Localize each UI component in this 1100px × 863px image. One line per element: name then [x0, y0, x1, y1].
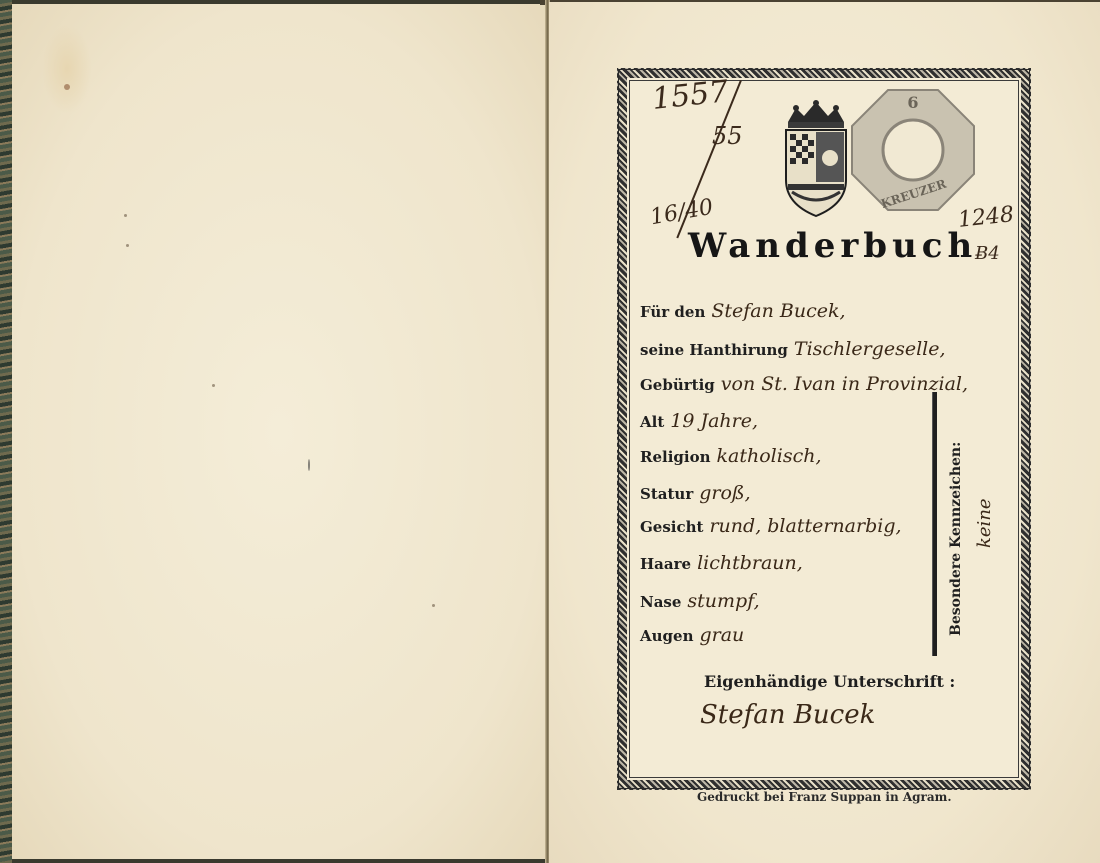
field-value: stumpf, — [687, 590, 759, 612]
signature-label: Eigenhändige Unterschrift : — [704, 672, 955, 691]
tax-stamp-icon: 6 KREUZER — [848, 86, 978, 214]
left-page — [12, 4, 547, 859]
signature-value: Stefan Bucek — [700, 700, 875, 730]
stamp-value: 6 — [907, 93, 918, 112]
field-value: von St. Ivan in Provinzial, — [721, 373, 968, 395]
speck — [64, 84, 70, 90]
field-hair: Haare lichtbraun, — [640, 552, 803, 574]
field-label: Religion — [640, 448, 711, 466]
field-religion: Religion katholisch, — [640, 445, 822, 467]
field-occupation: seine Hanthirung Tischlergeselle, — [640, 338, 946, 360]
speck — [126, 244, 129, 247]
field-label: seine Hanthirung — [640, 341, 788, 359]
field-value: Stefan Bucek, — [711, 300, 845, 322]
field-label: Statur — [640, 485, 693, 503]
stain — [42, 24, 92, 114]
field-label: Gebürtig — [640, 376, 715, 394]
field-label: Haare — [640, 555, 691, 573]
field-label: Augen — [640, 627, 693, 645]
document-title: Wanderbuch — [688, 226, 977, 266]
field-name: Für den Stefan Bucek, — [640, 300, 846, 322]
divider-line — [932, 392, 937, 656]
field-nose: Nase stumpf, — [640, 590, 760, 612]
field-label: Nase — [640, 593, 681, 611]
coat-of-arms-icon — [778, 100, 854, 218]
field-value: rund, blatternarbig, — [709, 515, 901, 537]
field-label: Für den — [640, 303, 705, 321]
field-value: 19 Jahre, — [670, 410, 758, 432]
special-marks-value: keine — [974, 498, 995, 548]
field-face: Gesicht rund, blatternarbig, — [640, 515, 902, 537]
field-value: katholisch, — [717, 445, 822, 467]
field-label: Gesicht — [640, 518, 703, 536]
special-marks-label: Besondere Kennzeichen: — [948, 442, 964, 636]
reference-number-right-denominator: Ƀ4 — [975, 243, 1000, 264]
field-value: groß, — [699, 482, 750, 504]
field-value: grau — [699, 624, 744, 646]
book-binding — [0, 0, 12, 863]
speck — [124, 214, 127, 217]
field-age: Alt 19 Jahre, — [640, 410, 758, 432]
field-stature: Statur groß, — [640, 482, 751, 504]
speck — [308, 459, 310, 471]
field-eyes: Augen grau — [640, 624, 744, 646]
field-value: lichtbraun, — [697, 552, 803, 574]
field-label: Alt — [640, 413, 664, 431]
field-value: Tischlergeselle, — [794, 338, 946, 360]
field-birthplace: Gebürtig von St. Ivan in Provinzial, — [640, 373, 968, 395]
printer-imprint: Gedruckt bei Franz Suppan in Agram. — [697, 790, 952, 804]
speck — [212, 384, 215, 387]
speck — [432, 604, 435, 607]
